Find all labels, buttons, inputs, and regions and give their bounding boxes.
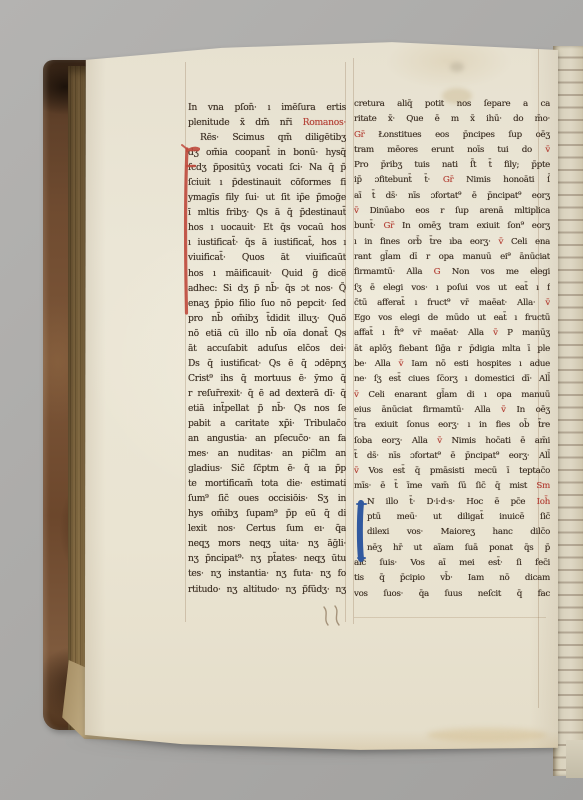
body-text: ſciuit ı p̄destinauit cōformes fi <box>188 177 346 188</box>
body-text: tis q̄ p̄cipio vb̄· Iam nō dicam <box>354 573 550 583</box>
rubric-text: Ioh̄ <box>537 497 550 507</box>
manuscript-text-line: Gr̄ Łonstitues eos p̄ncipes ſup oēʒ <box>354 128 550 143</box>
manuscript-page: In vna pſon̄· ı imēſura ertisplenitude x… <box>82 40 558 752</box>
body-text: vos ſuos· q̄a ſuus neſcit q̄ fac <box>354 589 550 599</box>
body-text: In omēʒ tram exiuit ſon⁹ eorʒ <box>402 221 550 231</box>
manuscript-text-line: nēʒ hr̄ ut aīam ſuā ponat q̄s p̄ <box>354 541 550 556</box>
body-text: t̄ra exiuit ſonus eorʒ· ı in fies ob̄ t̄… <box>354 420 550 430</box>
manuscript-text-line: rant gl̄am dī r opa manuū ei⁹ ānūciat <box>354 250 550 265</box>
rubric-text: v̄ <box>545 145 550 155</box>
body-text: ritate x̄· Que ē m x̄ ihū· do m̄o· <box>354 114 550 124</box>
body-text: firmamtū· Alla <box>354 267 434 277</box>
body-text: enaʒ p̃pio filio ſuo nō pepcit· ſed <box>188 298 346 309</box>
rubric-text: v̄ <box>493 328 507 338</box>
manuscript-text-line: t̄ ds̄· nīs ɔfortat⁹ ē p̄ncipat⁹ eorʒ· A… <box>354 449 550 464</box>
body-text: pro nb̄ om̄ibʒ t̄didit illuʒ· Quō <box>188 313 346 324</box>
body-text: te mortificam̄ tota die· estimati <box>188 478 346 489</box>
body-text: āt aplōʒ fiebant ſiḡa r p̄digia mlta ī p… <box>354 344 550 354</box>
manuscript-text-line: te mortificam̄ tota die· estimati <box>188 476 346 491</box>
text-column-left: In vna pſon̄· ı imēſura ertisplenitude x… <box>188 100 346 597</box>
rubric-text: Gr̄ <box>443 175 466 185</box>
body-text: ſʒ ē elegi vos· ı poſui vos ut eat̄ ı f <box>354 283 550 293</box>
body-text: Celi enarant gl̄am di ı opa manuū <box>368 390 550 400</box>
body-text: eius ānūciat firmamtū· Alla <box>354 405 501 415</box>
body-text: mīs· ē t̄ īme vam̄ ſū ſic̄ q̄ mist <box>354 481 536 491</box>
body-text: Łonstitues eos p̄ncipes ſup oēʒ <box>378 130 550 140</box>
manuscript-text-line: ymagīs fily ſui· ut ſit ip̄e p̄moḡe <box>188 190 346 205</box>
manuscript-text-line: rtitudo· nʒ altitudo· nʒ p̃fūdʒ· nʒ <box>188 582 346 597</box>
initial-I-icon <box>354 500 368 566</box>
manuscript-text-line: ſciuit ı p̄destinauit cōformes fi <box>188 175 346 190</box>
body-text: dilexi vos· Maioreʒ hanc dilc̄o <box>367 527 550 537</box>
body-text: ymagīs fily ſui· ut ſit ip̄e p̄moḡe <box>188 192 346 203</box>
body-text: gladius· Sic̄ ſc̄ptm ē· q̄ ıa p̄p <box>188 463 346 474</box>
manuscript-text-line: firmamtū· Alla G Non vos me elegi <box>354 265 550 280</box>
manuscript-text-line: affat̄ ı f̄t⁹ vr̄ maēat· Alla v̄ P manūʒ <box>354 326 550 341</box>
manuscript-text-line: nʒ p̄ncipat⁹· nʒ pt̄ates· neqʒ ūtu <box>188 551 346 566</box>
rubric-text: v̄ <box>354 466 369 476</box>
body-text: Rēs· Scimus qm̄ diligētibʒ <box>200 132 346 143</box>
body-text: plenitude x̄ dm̄ nr̄i <box>188 117 303 128</box>
manuscript-text-line: N illo t̄· D·i·d·s· Hoc ē pc̄e Ioh̄ <box>354 495 550 510</box>
manuscript-text-line: nō etiā cū illo nb̄ oīa donat̄ Qs <box>188 326 346 341</box>
body-text: tram mēores erunt noīs tui do <box>354 145 545 155</box>
manuscript-text-line: Rēs· Scimus qm̄ diligētibʒ <box>188 130 346 145</box>
manuscript-text-line: In vna pſon̄· ı imēſura ertis <box>188 100 346 115</box>
manuscript-text-line: ſcdʒ p̃positūʒ vocati ſci· Na q̄ p̄ <box>188 160 346 175</box>
rubric-text: Gr̄ <box>354 130 378 140</box>
rubric-text: v̄ <box>501 405 516 415</box>
manuscript-text-line: mes· an nuditas· an pic̄lm an <box>188 446 346 461</box>
rubric-text: Gr̄ <box>384 221 402 231</box>
manuscript-text-line: ī mltis fribʒ· Qs ā q̄ p̄destinaut̄ <box>188 205 346 220</box>
body-text: ī mltis fribʒ· Qs ā q̄ p̄destinaut̄ <box>188 207 346 218</box>
manuscript-text-line: c̄tū afferat̄ ı fruct⁹ vr̄ maēat· Alla· … <box>354 296 550 311</box>
manuscript-text-line: v̄ Dinūabo eos r ſup arenā mltiplica <box>354 204 550 219</box>
body-text: āt accuſabit aduſus elc̄os dei· <box>188 343 346 354</box>
rubric-text: v̄ <box>437 436 451 446</box>
body-text: cretura aliq̄ potit nos ſepare a ca <box>354 99 550 109</box>
ruling-line <box>354 617 546 618</box>
body-text: mes· an nuditas· an pic̄lm an <box>188 448 346 459</box>
manuscript-text-line: Crist⁹ ihs q̄ mortuus ē· ȳmo q̄ <box>188 371 346 386</box>
body-text: In oēʒ <box>516 405 550 415</box>
rubric-text: v̄ <box>498 237 511 247</box>
parchment-stain <box>427 728 547 742</box>
manuscript-text-line: t̄ra exiuit ſonus eorʒ· ı in fies ob̄ t̄… <box>354 418 550 433</box>
manuscript-text-line: be· Alla v̄ Iam nō esti hospites ı adue <box>354 357 550 372</box>
manuscript-text-line: cretura aliq̄ potit nos ſepare a ca <box>354 97 550 112</box>
body-text: Iam nō esti hospites ı adue <box>411 359 550 369</box>
manuscript-text-line: tes· nʒ instantia· nʒ futa· nʒ fo <box>188 566 346 581</box>
body-text: Celi ena <box>511 237 550 247</box>
body-text: ſoba eorʒ· Alla <box>354 436 437 446</box>
manuscript-text-line: v̄ Celi enarant gl̄am di ı opa manuū <box>354 388 550 403</box>
body-text: r reſur̄rexit· q̄ ē ad dexterā dī· q̄ <box>188 388 346 399</box>
rubric-text: Romanos· <box>303 117 346 128</box>
manuscript-text-line: ı iustificat̄· q̄s ā iustificat̄, hos ı <box>188 235 346 250</box>
body-text: ip̄ ɔfitebunt̄ t̄· <box>354 175 443 185</box>
manuscript-text-line: hys om̄ibʒ ſupam⁹ p̄p eū q̄ di <box>188 506 346 521</box>
manuscript-text-line: r reſur̄rexit· q̄ ē ad dexterā dī· q̄ <box>188 386 346 401</box>
manuscript-text-line: bunt̄· Gr̄ In omēʒ tram exiuit ſon⁹ eorʒ <box>354 219 550 234</box>
manuscript-text-line: plenitude x̄ dm̄ nr̄i Romanos· <box>188 115 346 130</box>
body-text: ı in fines orb̄ t̄re ıba eorʒ· <box>354 237 498 247</box>
body-text: nʒ p̄ncipat⁹· nʒ pt̄ates· neqʒ ūtu <box>188 553 346 564</box>
body-text: nēʒ hr̄ ut aīam ſuā ponat q̄s p̄ <box>367 543 550 553</box>
body-text: aīc̄ ſuis· Vos aī mei est̄· ſi fec̄i <box>354 558 550 568</box>
body-text: c̄tū afferat̄ ı fruct⁹ vr̄ maēat· Alla· <box>354 298 545 308</box>
pen-flourish-icon <box>320 605 346 631</box>
manuscript-text-line: adhec: Si dʒ p̃ nb̄· q̄s ɔt nos· Q̄ <box>188 281 346 296</box>
body-text: Nimis hoc̄ati ē am̄i <box>451 436 550 446</box>
rubric-text: Sm <box>536 481 550 491</box>
body-text: P manūʒ <box>507 328 550 338</box>
manuscript-text-line: ſʒ ē elegi vos· ı poſui vos ut eat̄ ı f <box>354 281 550 296</box>
manuscript-text-line: lexit nos· Certus ſum eı· q̄a <box>188 521 346 536</box>
body-text: Pro p̄ribʒ tuis nati ſ̄t t̄ fily; p̄pte <box>354 160 550 170</box>
rubric-text: v̄ <box>354 206 370 216</box>
manuscript-text-line: dilexi vos· Maioreʒ hanc dilc̄o <box>354 525 550 540</box>
body-text: Crist⁹ ihs q̄ mortuus ē· ȳmo q̄ <box>188 373 346 384</box>
manuscript-text-line: ı in fines orb̄ t̄re ıba eorʒ· v̄ Celi e… <box>354 235 550 250</box>
manuscript-text-line: āt aplōʒ fiebant ſiḡa r p̄digia mlta ī p… <box>354 342 550 357</box>
body-text: viuificat̄· Quos āt viuificaūt <box>188 252 346 263</box>
manuscript-text-line: dʒ om̄ia coopant̄ in bonū· hysq̄ <box>188 145 346 160</box>
body-text: ı iustificat̄· q̄s ā iustificat̄, hos ı <box>188 237 346 248</box>
manuscript-page-wrap: In vna pſon̄· ı imēſura ertisplenitude x… <box>0 0 583 800</box>
body-text: rant gl̄am dī r opa manuū ei⁹ ānūciat <box>354 252 550 262</box>
body-text: affat̄ ı f̄t⁹ vr̄ maēat· Alla <box>354 328 493 338</box>
manuscript-text-line: an angustia· an pſecuc̄o· an fa <box>188 431 346 446</box>
manuscript-text-line: ritate x̄· Que ē m x̄ ihū· do m̄o· <box>354 112 550 127</box>
manuscript-text-line: aīc̄ ſuis· Vos aī mei est̄· ſi fec̄i <box>354 556 550 571</box>
manuscript-text-line: eius ānūciat firmamtū· Alla v̄ In oēʒ <box>354 403 550 418</box>
body-text: N illo t̄· D·i·d·s· Hoc ē pc̄e <box>367 497 537 507</box>
body-text: hos ı māificauit· Quid g̃ dicē <box>188 268 346 279</box>
manuscript-text-line: Ego vos elegi de mūdo ut eat̄ ı fructū <box>354 311 550 326</box>
body-text: etiā int̄pellat p̃ nb̄· Qs nos ſe <box>188 403 346 414</box>
body-text: be· Alla <box>354 359 399 369</box>
rubric-text: v̄ <box>399 359 412 369</box>
body-text: bunt̄· <box>354 221 384 231</box>
manuscript-text-line: aī t̄ ds̄· nīs ɔfortat⁹ ē p̄ncipat⁹ eorʒ <box>354 189 550 204</box>
body-text: aī t̄ ds̄· nīs ɔfortat⁹ ē p̄ncipat⁹ eorʒ <box>354 191 550 201</box>
manuscript-text-line: pro nb̄ om̄ibʒ t̄didit illuʒ· Quō <box>188 311 346 326</box>
manuscript-text-line: etiā int̄pellat p̃ nb̄· Qs nos ſe <box>188 401 346 416</box>
body-text: ne· ſʒ est̄ ciues ſc̄orʒ ı domestici dī·… <box>354 374 550 384</box>
pencil-smudge <box>450 62 464 72</box>
text-column-right: cretura aliq̄ potit nos ſepare a caritat… <box>354 97 550 602</box>
photo-background: In vna pſon̄· ı imēſura ertisplenitude x… <box>0 0 583 800</box>
body-text: Ego vos elegi de mūdo ut eat̄ ı fructū <box>354 313 550 323</box>
manuscript-text-line: tram mēores erunt noīs tui do v̄ <box>354 143 550 158</box>
body-text: nō etiā cū illo nb̄ oīa donat̄ Qs <box>188 328 346 339</box>
manuscript-text-line: hos ı māificauit· Quid g̃ dicē <box>188 266 346 281</box>
body-text: Vos est̄ q̄ pmāsisti mecū ī teptac̄o <box>369 466 551 476</box>
initial-F-icon <box>178 143 200 322</box>
body-text: Dinūabo eos r ſup arenā mltiplica <box>370 206 550 216</box>
manuscript-text-line: ſoba eorʒ· Alla v̄ Nimis hoc̄ati ē am̄i <box>354 434 550 449</box>
manuscript-text-line: tis q̄ p̄cipio vb̄· Iam nō dicam <box>354 571 550 586</box>
rubric-text: v̄ <box>545 298 550 308</box>
body-text: hys om̄ibʒ ſupam⁹ p̄p eū q̄ di <box>188 508 346 519</box>
manuscript-text-line: hos ı uocauit· Et q̄s vocaū hos <box>188 220 346 235</box>
body-text: an angustia· an pſecuc̄o· an fa <box>188 433 346 444</box>
manuscript-text-line: mīs· ē t̄ īme vam̄ ſū ſic̄ q̄ mist Sm <box>354 479 550 494</box>
manuscript-text-line: pabit a caritate xp̄i· Tribulac̄o <box>188 416 346 431</box>
body-text: t̄ ds̄· nīs ɔfortat⁹ ē p̄ncipat⁹ eorʒ· A… <box>354 451 550 461</box>
manuscript-text-line: neqʒ mors neqʒ uita· nʒ āḡli· <box>188 536 346 551</box>
body-text: pabit a caritate xp̄i· Tribulac̄o <box>188 418 346 429</box>
body-text: ſcdʒ p̃positūʒ vocati ſci· Na q̄ p̄ <box>188 162 346 173</box>
manuscript-text-line: āt accuſabit aduſus elc̄os dei· <box>188 341 346 356</box>
body-text: neqʒ mors neqʒ uita· nʒ āḡli· <box>188 538 346 549</box>
manuscript-text-line: enaʒ p̃pio filio ſuo nō pepcit· ſed <box>188 296 346 311</box>
manuscript-text-line: vos ſuos· q̄a ſuus neſcit q̄ fac <box>354 587 550 602</box>
manuscript-text-line: v̄ Vos est̄ q̄ pmāsisti mecū ī teptac̄o <box>354 464 550 479</box>
body-text: dʒ om̄ia coopant̄ in bonū· hysq̄ <box>188 147 346 158</box>
manuscript-text-line: ſum⁹ ſic̄ oues occisiōis· Sʒ in <box>188 491 346 506</box>
body-text: Nimis honoāti ſ̄ <box>466 175 550 185</box>
body-text: Ds q̄ iustificat· Qs ē q̄ ɔdēpnʒ <box>188 358 346 369</box>
body-text: rtitudo· nʒ altitudo· nʒ p̃fūdʒ· nʒ <box>188 584 346 595</box>
manuscript-text-line: viuificat̄· Quos āt viuificaūt <box>188 250 346 265</box>
body-text: tes· nʒ instantia· nʒ futa· nʒ fo <box>188 568 346 579</box>
body-text: adhec: Si dʒ p̃ nb̄· q̄s ɔt nos· Q̄ <box>188 283 346 294</box>
body-text: ptū meū· ut diligat̄ inuicē ſic̄ <box>367 512 550 522</box>
rubric-text: v̄ <box>354 390 368 400</box>
manuscript-text-line: Ds q̄ iustificat· Qs ē q̄ ɔdēpnʒ <box>188 356 346 371</box>
body-text: In vna pſon̄· ı imēſura ertis <box>188 102 346 113</box>
body-text: ſum⁹ ſic̄ oues occisiōis· Sʒ in <box>188 493 346 504</box>
manuscript-text-line: ip̄ ɔfitebunt̄ t̄· Gr̄ Nimis honoāti ſ̄ <box>354 173 550 188</box>
body-text: lexit nos· Certus ſum eı· q̄a <box>188 523 346 534</box>
manuscript-text-line: gladius· Sic̄ ſc̄ptm ē· q̄ ıa p̄p <box>188 461 346 476</box>
rubric-text: G <box>434 267 452 277</box>
manuscript-text-line: ptū meū· ut diligat̄ inuicē ſic̄ <box>354 510 550 525</box>
body-text: Non vos me elegi <box>452 267 550 277</box>
body-text: hos ı uocauit· Et q̄s vocaū hos <box>188 222 346 233</box>
manuscript-text-line: ne· ſʒ est̄ ciues ſc̄orʒ ı domestici dī·… <box>354 372 550 387</box>
manuscript-text-line: Pro p̄ribʒ tuis nati ſ̄t t̄ fily; p̄pte <box>354 158 550 173</box>
